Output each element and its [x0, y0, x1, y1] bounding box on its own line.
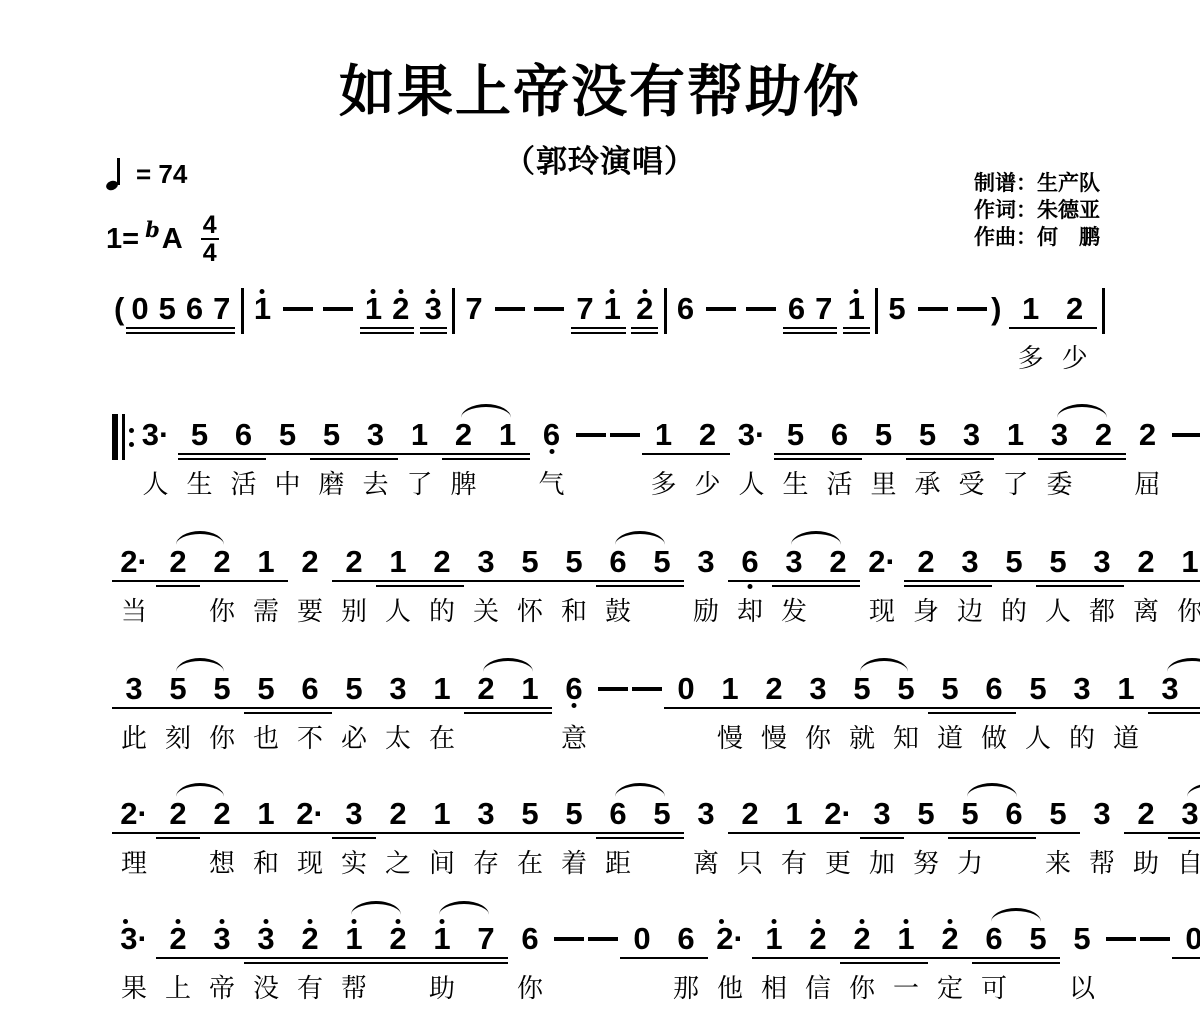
underline: [1060, 707, 1104, 710]
dash: [955, 292, 989, 326]
notes-row: 53: [332, 672, 420, 706]
note-cell: 5: [862, 418, 906, 452]
underline: [904, 585, 948, 588]
underline: [508, 712, 552, 715]
underline: [208, 327, 235, 330]
note-token: 332帝没有: [200, 922, 332, 1005]
note-cell: 5: [884, 672, 928, 706]
note-cell: 5: [883, 292, 910, 326]
lyric-cell: 人: [1036, 591, 1080, 628]
lyric-cell: [640, 843, 684, 880]
octave-dot-low: [549, 449, 554, 454]
note-digit: 1: [257, 545, 274, 579]
note-cell: 0: [664, 672, 708, 706]
lyrics-row: 现实: [288, 843, 376, 880]
lyric-cell: 间: [420, 843, 464, 880]
underline: [816, 832, 860, 835]
lyric-cell: 都: [1080, 591, 1124, 628]
underline: [972, 962, 1016, 965]
note-token: 2: [631, 292, 658, 326]
note-token: 53必太: [332, 672, 420, 755]
note-digit: 3: [1161, 672, 1178, 706]
underline: [156, 832, 200, 835]
dash-bar: [1172, 433, 1200, 437]
underline: [860, 837, 904, 840]
score-line: (05671123771266715)12多少: [112, 292, 1105, 375]
note-digit: 6: [1005, 797, 1022, 831]
underline: [928, 707, 972, 710]
lyric-cell: 受: [950, 464, 994, 501]
note-cell: 5: [992, 545, 1036, 579]
note-token: 232助自: [1124, 797, 1200, 880]
notes-row: 553: [266, 418, 398, 452]
note-digit: 5: [323, 418, 340, 452]
note-token: 132了委: [994, 418, 1126, 501]
notes-row: 212: [332, 545, 464, 579]
note-digit: 5: [1029, 672, 1046, 706]
notes-row: 21: [728, 797, 816, 831]
lyric-cell: 帮: [1080, 843, 1124, 880]
note-digit: 3: [873, 797, 890, 831]
note-cell: 5: [640, 545, 684, 579]
notes-row: 221: [796, 922, 928, 956]
underline: [442, 458, 486, 461]
lyrics-row: 别人的: [332, 591, 464, 628]
lyrics-row: 以: [1060, 968, 1104, 1005]
notes-row: 71: [571, 292, 626, 326]
underline: [752, 957, 796, 960]
tie-arc: [615, 531, 665, 545]
dash: [744, 292, 778, 326]
notes-row: [596, 672, 630, 706]
lyric-cell: 多: [642, 464, 686, 501]
underline: [1016, 957, 1060, 960]
lyric-cell: 实: [332, 843, 376, 880]
notes-row: [704, 292, 738, 326]
note-cell: 6: [664, 922, 708, 956]
octave-dot-high: [398, 289, 403, 294]
notes-row: 35: [796, 672, 884, 706]
note-cell: 3·: [730, 418, 774, 452]
notes-row: 12: [360, 292, 415, 326]
lyric-cell: 现: [860, 591, 904, 628]
note-token: 21想和: [200, 797, 288, 880]
note-cell: 2: [332, 545, 376, 579]
lyric-cell: 助: [1124, 843, 1168, 880]
note-digit: 1: [389, 545, 406, 579]
lyrics-row: 着距: [552, 843, 684, 880]
note-cell: 5: [266, 418, 310, 452]
underline: [818, 453, 862, 456]
note-digit: 3: [1093, 545, 1110, 579]
note-digit: 6: [677, 922, 694, 956]
note-digit: 1: [897, 922, 914, 956]
octave-dot-high: [816, 919, 821, 924]
lyric-cell: [156, 591, 200, 628]
note-token: 21你需: [200, 545, 288, 628]
lyric-cell: 鼓: [596, 591, 640, 628]
octave-dot-high: [610, 289, 615, 294]
note-digit: 1: [433, 672, 450, 706]
lyrics-row: 屈: [1126, 464, 1170, 501]
notes-row: 2: [156, 922, 200, 956]
lyric-cell: 委: [1038, 464, 1082, 501]
notes-row: 2·3: [816, 797, 904, 831]
lyric-cell: 没: [244, 968, 288, 1005]
underline: [783, 332, 810, 335]
note-digit: 5: [213, 672, 230, 706]
octave-dot-high: [264, 919, 269, 924]
octave-dot-high: [396, 919, 401, 924]
dash-token: [744, 292, 778, 326]
note-cell: 1: [420, 797, 464, 831]
note-token: 3·果: [112, 922, 156, 1005]
dash-bar: [576, 433, 606, 437]
dash-token: [916, 292, 950, 326]
barline: [875, 288, 878, 334]
note-cell: 2·: [288, 797, 332, 831]
underline: [156, 585, 200, 588]
dash-bar: [1140, 937, 1170, 941]
tie-arc: [991, 908, 1041, 922]
note-token: 05不: [1172, 922, 1200, 1005]
underline: [796, 957, 840, 960]
lyric-cell: 有: [288, 968, 332, 1005]
underline: [200, 957, 244, 960]
note-digit: 2: [389, 922, 406, 956]
note-cell: 6: [728, 545, 772, 579]
lyric-cell: 脾: [442, 464, 486, 501]
lyrics-row: 必太: [332, 718, 420, 755]
notes-row: [916, 292, 950, 326]
underline: [244, 712, 288, 715]
dash-bar: [706, 307, 736, 311]
notes-row: 2·3: [288, 797, 376, 831]
note-cell: 1: [420, 672, 464, 706]
note-digit: 2: [699, 418, 716, 452]
note-cell: 3: [112, 672, 156, 706]
note-digit: 1: [765, 922, 782, 956]
lyric-cell: 你: [200, 718, 244, 755]
note-digit: 3: [257, 922, 274, 956]
note-digit: 3·: [738, 418, 766, 452]
underline: [772, 580, 816, 583]
note-digit: 2: [213, 545, 230, 579]
lyric-cell: 的: [992, 591, 1036, 628]
dash-token: [552, 922, 586, 956]
note-cell: 3: [354, 418, 398, 452]
lyric-cell: [640, 591, 684, 628]
underline: [862, 453, 906, 456]
note-digit: 6: [788, 292, 805, 326]
note-cell: 1: [249, 292, 276, 326]
lyric-cell: 果: [112, 968, 156, 1005]
note-digit: 5: [653, 797, 670, 831]
note-cell: 1: [1168, 545, 1200, 579]
lyrics-row: 他: [708, 968, 752, 1005]
lyric-cell: 力: [948, 843, 992, 880]
lyric-cell: 做: [972, 718, 1016, 755]
note-cell: 2: [816, 545, 860, 579]
underline: [1172, 957, 1200, 960]
notes-row: [532, 292, 566, 326]
note-cell: 5: [200, 672, 244, 706]
tie-arc: [615, 783, 665, 797]
lyric-cell: 磨: [310, 464, 354, 501]
lyric-cell: 加: [860, 843, 904, 880]
lyric-cell: 必: [332, 718, 376, 755]
octave-dot-high: [220, 919, 225, 924]
note-digit: 5: [787, 418, 804, 452]
dash-token: [574, 418, 608, 452]
underline: [244, 580, 288, 583]
notes-row: 132: [1104, 672, 1200, 706]
lyric-cell: [620, 968, 664, 1005]
notes-row: 121: [1168, 545, 1200, 579]
note-digit: 3·: [142, 418, 170, 452]
note-digit: 3: [425, 292, 442, 326]
note-cell: 1: [420, 922, 464, 956]
note-cell: 6: [972, 672, 1016, 706]
lyric-cell: 离: [1124, 591, 1168, 628]
lyric-cell: 此: [112, 718, 156, 755]
note-token: 35此刻: [112, 672, 200, 755]
note-token: 2·2当: [112, 545, 200, 628]
notes-row: 632: [728, 545, 860, 579]
notes-row: [321, 292, 355, 326]
underline: [1038, 458, 1082, 461]
lyrics-row: 帮: [1080, 843, 1124, 880]
underline: [928, 957, 972, 960]
lyric-cell: 刻: [156, 718, 200, 755]
dash: [532, 292, 566, 326]
note-cell: 2·: [860, 545, 904, 579]
note-digit: 2: [1066, 292, 1083, 326]
lyrics-row: 想和: [200, 843, 288, 880]
underline: [596, 585, 640, 588]
score-line: 35此刻556你也不53必太121在6意012慢慢35你就556知道做53人的1…: [112, 672, 1105, 755]
dash: [321, 292, 355, 326]
dash-token: [704, 292, 738, 326]
octave-dot-high: [260, 289, 265, 294]
lyric-cell: [992, 843, 1036, 880]
lyric-cell: 关: [464, 591, 508, 628]
underline: [928, 712, 972, 715]
lyric-cell: 道: [928, 718, 972, 755]
lyric-cell: 相: [752, 968, 796, 1005]
lyrics-row: 之间: [376, 843, 464, 880]
underline: [244, 962, 288, 965]
note-digit: 3·: [120, 922, 148, 956]
lyric-cell: 距: [596, 843, 640, 880]
note-digit: 3: [1073, 672, 1090, 706]
notes-row: 2·: [860, 545, 904, 579]
lyrics-row: 帮助: [332, 968, 508, 1005]
note-cell: 3: [376, 672, 420, 706]
dash-token: [532, 292, 566, 326]
underline: [354, 453, 398, 456]
lyrics-row: 努: [904, 843, 948, 880]
note-token: 56生活: [178, 418, 266, 501]
underline: [1080, 585, 1124, 588]
underline: [200, 707, 244, 710]
note-cell: 2: [796, 922, 840, 956]
note-cell: 1: [708, 672, 752, 706]
note-token: 012慢慢: [664, 672, 796, 755]
underline: [1080, 580, 1124, 583]
note-token: 6意: [552, 672, 596, 755]
underline: [772, 832, 816, 835]
lyric-cell: 就: [840, 718, 884, 755]
lyric-cell: 更: [816, 843, 860, 880]
underline: [950, 453, 994, 456]
note-digit: 5: [961, 797, 978, 831]
note-cell: 3·: [134, 418, 178, 452]
notes-row: 6: [530, 418, 574, 452]
note-digit: 3: [213, 922, 230, 956]
note-cell: 2: [686, 418, 730, 452]
dash-bar: [1106, 937, 1136, 941]
lyric-cell: 着: [552, 843, 596, 880]
tie-arc: [1167, 658, 1200, 672]
underline: [1016, 962, 1060, 965]
note-token: 1: [249, 292, 276, 326]
underline: [154, 332, 181, 335]
underline: [508, 707, 552, 710]
underline: [972, 707, 1016, 710]
note-digit: 1: [433, 922, 450, 956]
note-digit: 6: [985, 672, 1002, 706]
underline: [1192, 712, 1200, 715]
dash: [552, 922, 586, 956]
underline: [1053, 327, 1097, 330]
underline: [640, 837, 684, 840]
notes-row: 1: [843, 292, 870, 326]
note-digit: 0: [131, 292, 148, 326]
note-cell: 6: [181, 292, 208, 326]
note-cell: 5: [1016, 922, 1060, 956]
lyric-cell: 多: [1009, 338, 1053, 375]
underline: [1124, 580, 1168, 583]
note-digit: 1: [1117, 672, 1134, 706]
underline: [948, 580, 992, 583]
note-token: 565力来: [948, 797, 1080, 880]
dash-token: [321, 292, 355, 326]
notes-row: 1: [752, 922, 796, 956]
note-cell: 2·: [708, 922, 752, 956]
lyric-cell: 别: [332, 591, 376, 628]
note-digit: 3: [1051, 418, 1068, 452]
lyric-cell: 助: [420, 968, 464, 1005]
underline: [222, 453, 266, 456]
note-digit: 2: [829, 545, 846, 579]
note-token: 53人的: [1016, 672, 1104, 755]
note-digit: 2: [1137, 797, 1154, 831]
underline: [642, 453, 686, 456]
lyrics-row: 慢慢: [664, 718, 796, 755]
lyric-cell: [464, 968, 508, 1005]
octave-dot-high: [719, 919, 724, 924]
note-digit: 3: [963, 418, 980, 452]
note-digit: 5: [653, 545, 670, 579]
lyrics-row: 知道做: [884, 718, 1016, 755]
underline: [1082, 453, 1126, 456]
lyric-cell: [816, 591, 860, 628]
note-cell: 2: [387, 292, 414, 326]
note-cell: 1: [244, 797, 288, 831]
lyric-cell: 可: [972, 968, 1016, 1005]
note-token: 1相: [752, 922, 796, 1005]
note-digit: 2·: [824, 797, 852, 831]
underline: [332, 707, 376, 710]
lyric-cell: 存: [464, 843, 508, 880]
dash-token: [493, 292, 527, 326]
lyric-cell: [1172, 968, 1200, 1005]
note-cell: 2: [1082, 418, 1126, 452]
notes-row: [744, 292, 778, 326]
underline: [904, 580, 948, 583]
underline: [772, 585, 816, 588]
underline: [332, 832, 376, 835]
lyric-cell: 你: [796, 718, 840, 755]
octave-dot-high: [308, 919, 313, 924]
note-cell: 5: [1036, 545, 1080, 579]
note-token: 5努: [904, 797, 948, 880]
note-cell: 5: [840, 672, 884, 706]
lyric-cell: 在: [420, 718, 464, 755]
note-token: 121了脾: [398, 418, 530, 501]
notes-row: 332: [200, 922, 332, 956]
underline: [728, 832, 772, 835]
underline: [752, 707, 796, 710]
underline: [508, 832, 552, 835]
dash-bar: [534, 307, 564, 311]
note-cell: 6: [530, 418, 574, 452]
note-token: 3·人: [730, 418, 774, 501]
note-digit: 3: [697, 797, 714, 831]
lyric-cell: 励: [684, 591, 728, 628]
notes-row: 121: [398, 418, 530, 452]
dash-token: [630, 672, 664, 706]
lyrics-row: 人: [730, 464, 774, 501]
note-digit: 3: [345, 797, 362, 831]
note-digit: 5: [1049, 797, 1066, 831]
notes-row: [630, 672, 664, 706]
note-cell: 5: [928, 672, 972, 706]
notes-row: 2: [1126, 418, 1170, 452]
underline: [596, 580, 640, 583]
notes-row: 6: [672, 292, 699, 326]
underline: [508, 580, 552, 583]
lyric-cell: 人: [376, 591, 420, 628]
note-digit: 2: [169, 797, 186, 831]
note-cell: 1: [599, 292, 626, 326]
dash-bar: [598, 687, 628, 691]
underline: [464, 707, 508, 710]
note-token: 2要: [288, 545, 332, 628]
note-digit: 5: [897, 672, 914, 706]
notes-row: [608, 418, 642, 452]
dash-bar: [918, 307, 948, 311]
notes-row: (0567: [112, 292, 235, 326]
note-digit: 1: [604, 292, 621, 326]
note-cell: 6: [972, 922, 1016, 956]
dash-bar: [588, 937, 618, 941]
note-token: 1: [843, 292, 870, 326]
note-digit: 6: [186, 292, 203, 326]
note-cell: 5: [178, 418, 222, 452]
note-cell: 5: [640, 797, 684, 831]
